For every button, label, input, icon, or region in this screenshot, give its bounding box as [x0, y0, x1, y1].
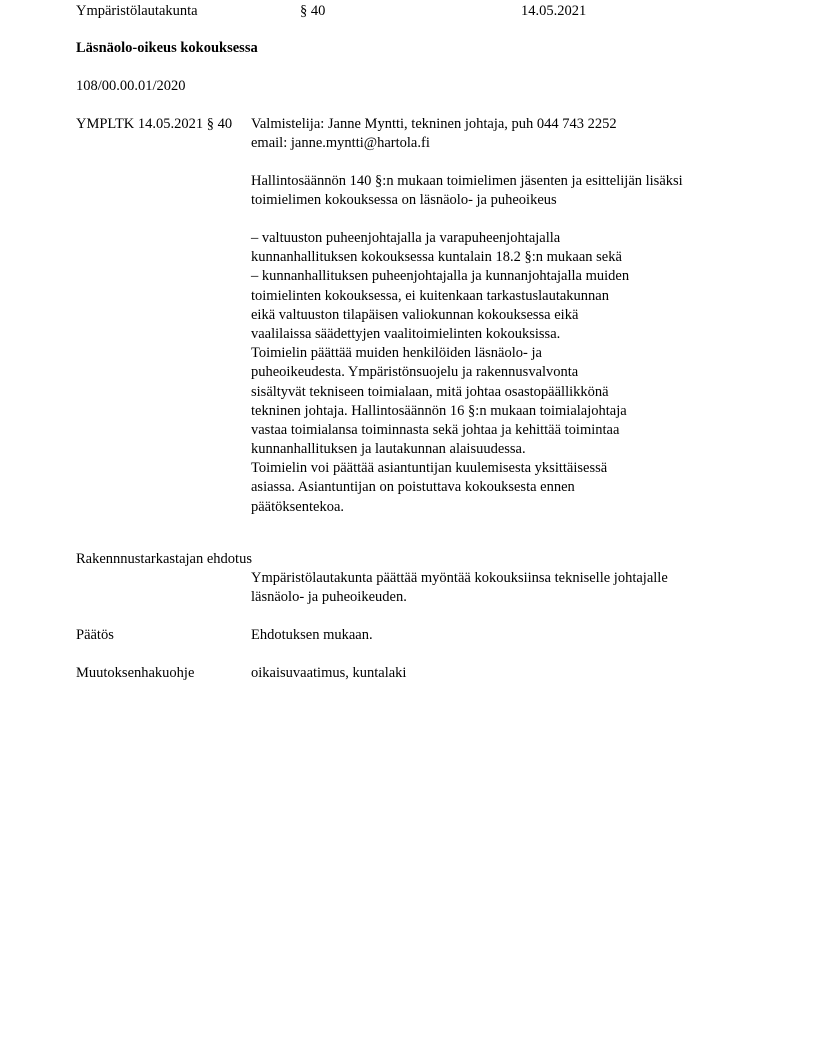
- text-line: vastaa toimialansa toiminnasta sekä joht…: [251, 421, 629, 440]
- appeal-value: oikaisuvaatimus, kuntalaki: [251, 664, 406, 683]
- body-paragraph-1: Hallintosäännön 140 §:n mukaan toimielim…: [251, 172, 683, 210]
- text-line: toimielinten kokouksessa, ei kuitenkaan …: [251, 287, 629, 306]
- record-number: 108/00.00.01/2020: [76, 77, 186, 96]
- text-line: Toimielin voi päättää asiantuntijan kuul…: [251, 459, 629, 478]
- decision-label: Päätös: [76, 626, 114, 645]
- text-line: sisältyvät tekniseen toimialaan, mitä jo…: [251, 383, 629, 402]
- decision-value: Ehdotuksen mukaan.: [251, 626, 373, 645]
- appeal-label: Muutoksenhakuohje: [76, 664, 194, 683]
- text-line: toimielimen kokouksessa on läsnäolo- ja …: [251, 191, 683, 210]
- text-line: tekninen johtaja. Hallintosäännön 16 §:n…: [251, 402, 629, 421]
- header-committee: Ympäristölautakunta: [76, 2, 198, 21]
- text-line: – kunnanhallituksen puheenjohtajalla ja …: [251, 267, 629, 286]
- text-line: läsnäolo- ja puheoikeuden.: [251, 588, 668, 607]
- text-line: asiassa. Asiantuntijan on poistuttava ko…: [251, 478, 629, 497]
- proposal-label: Rakennnustarkastajan ehdotus: [76, 550, 252, 569]
- header-section: § 40: [300, 2, 325, 21]
- proposal-text: Ympäristölautakunta päättää myöntää koko…: [251, 569, 668, 607]
- page-title: Läsnäolo-oikeus kokouksessa: [76, 39, 258, 58]
- text-line: puheoikeudesta. Ympäristönsuojelu ja rak…: [251, 363, 629, 382]
- text-line: vaalilaissa säädettyjen vaalitoimielinte…: [251, 325, 629, 344]
- text-line: eikä valtuuston tilapäisen valiokunnan k…: [251, 306, 629, 325]
- text-line: päätöksentekoa.: [251, 498, 629, 517]
- text-line: Toimielin päättää muiden henkilöiden läs…: [251, 344, 629, 363]
- header-date: 14.05.2021: [521, 2, 586, 21]
- preparer-email: email: janne.myntti@hartola.fi: [251, 134, 430, 153]
- text-line: Ympäristölautakunta päättää myöntää koko…: [251, 569, 668, 588]
- text-line: kunnanhallituksen kokouksessa kuntalain …: [251, 248, 629, 267]
- text-line: kunnanhallituksen ja lautakunnan alaisuu…: [251, 440, 629, 459]
- preparer-line: Valmistelija: Janne Myntti, tekninen joh…: [251, 115, 617, 134]
- text-line: – valtuuston puheenjohtajalla ja varapuh…: [251, 229, 629, 248]
- meeting-reference: YMPLTK 14.05.2021 § 40: [76, 115, 232, 134]
- body-paragraph-2: – valtuuston puheenjohtajalla ja varapuh…: [251, 229, 629, 517]
- text-line: Hallintosäännön 140 §:n mukaan toimielim…: [251, 172, 683, 191]
